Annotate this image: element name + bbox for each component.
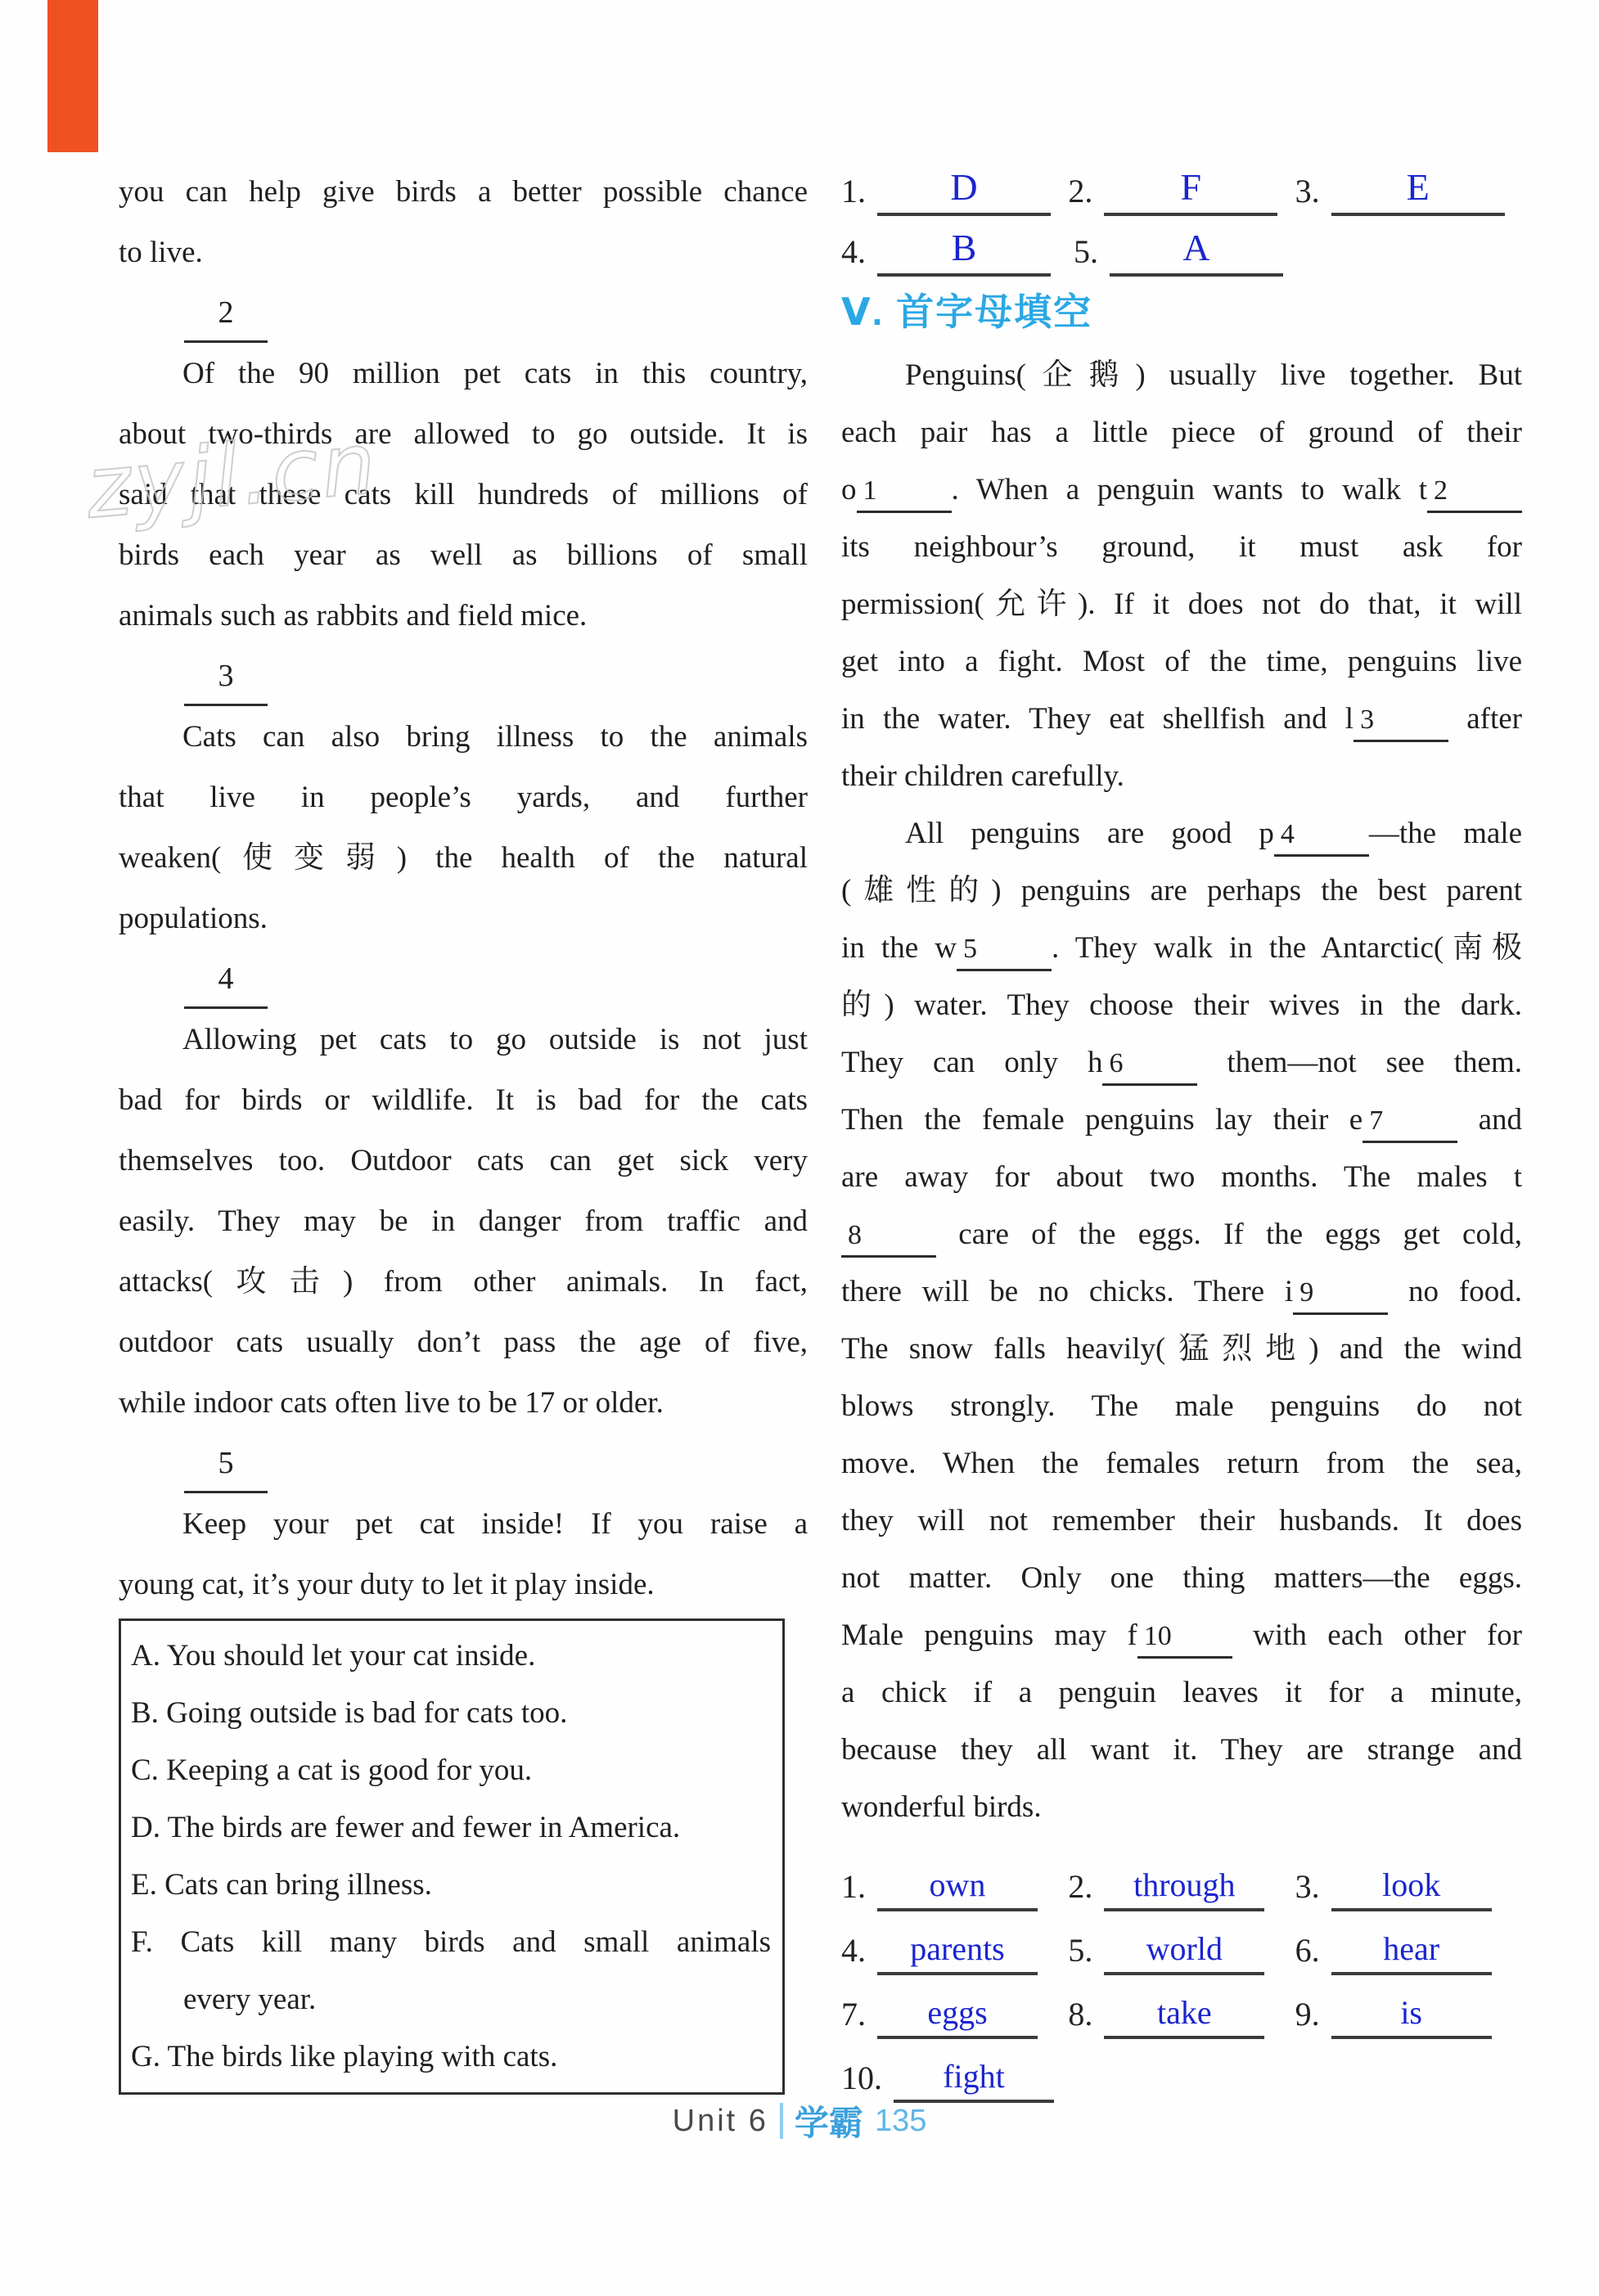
answer-cell: 4.B (841, 229, 1074, 277)
text-line: Of the 90 million pet cats in this count… (119, 344, 808, 404)
text-line: C. Keeping a cat is good for you. (131, 1742, 771, 1799)
paragraph-blank-line: 5 (119, 1434, 808, 1494)
text-line: young cat, it’s your duty to let it play… (119, 1555, 808, 1615)
text-line: Allowing pet cats to go outside is not j… (119, 1010, 808, 1070)
text-line: birds each year as well as billions of s… (119, 525, 808, 586)
fill-blank: 1 (857, 475, 952, 513)
page-footer: Unit 6 学霸 135 (0, 2096, 1599, 2145)
text-line: The snow falls heavily(猛烈地) and the wind (841, 1321, 1522, 1378)
answer-number: 2. (1068, 175, 1092, 216)
answer-number: 2. (1068, 1871, 1092, 1911)
fill-blank: 7 (1363, 1105, 1457, 1143)
fill-blank: 4 (1274, 819, 1369, 857)
text-line: you can help give birds a better possibl… (119, 162, 808, 223)
text-line: not matter. Only one thing matters—the e… (841, 1550, 1522, 1607)
right-column: 1.D2.F3.E4.B5.A Ⅴ. 首字母填空 Penguins(企鹅) us… (841, 155, 1522, 2103)
answer-cell: 1.D (841, 169, 1068, 216)
answer-underline: D (877, 169, 1051, 216)
answer-underline: A (1110, 229, 1283, 277)
answer-cell: 4.parents (841, 1933, 1068, 1975)
text-line: All penguins are good p4—the male (841, 805, 1522, 862)
text-line: Penguins(企鹅) usually live together. But (841, 347, 1522, 404)
text-line: they will not remember their husbands. I… (841, 1492, 1522, 1550)
answer-underline: look (1331, 1869, 1492, 1911)
text-line: every year. (131, 1971, 771, 2028)
text-line: outdoor cats usually don’t pass the age … (119, 1312, 808, 1373)
text-line: its neighbour’s ground, it must ask for (841, 519, 1522, 576)
text-line: D. The birds are fewer and fewer in Amer… (131, 1799, 771, 1857)
answer-text: B (952, 227, 977, 268)
bottom-answers: 1.own2.through3.look4.parents5.world6.he… (841, 1848, 1522, 2103)
text-line: 8 care of the eggs. If the eggs get cold… (841, 1206, 1522, 1263)
page-number: 135 (875, 2104, 926, 2139)
answer-text: world (1146, 1930, 1223, 1967)
answer-cell: 2.through (1068, 1869, 1295, 1911)
answer-text: D (950, 166, 977, 208)
text-line: attacks(攻击) from other animals. In fact, (119, 1252, 808, 1312)
answer-number: 3. (1295, 175, 1320, 216)
options-box-lines: A. You should let your cat inside.B. Goi… (131, 1627, 771, 2086)
answer-cell: 5.world (1068, 1933, 1295, 1975)
top-answers: 1.D2.F3.E4.B5.A (841, 155, 1522, 277)
text-line: while indoor cats often live to be 17 or… (119, 1373, 808, 1434)
answer-row: 1.D2.F3.E (841, 155, 1522, 216)
answer-number: 5. (1074, 236, 1098, 277)
answer-text: hear (1383, 1930, 1439, 1967)
text-line: Cats can also bring illness to the anima… (119, 707, 808, 768)
fill-blank: 8 (841, 1220, 936, 1258)
answer-underline: through (1104, 1869, 1264, 1911)
text-line: that live in people’s yards, and further (119, 768, 808, 828)
text-line: each pair has a little piece of ground o… (841, 404, 1522, 461)
answer-number: 5. (1068, 1934, 1092, 1975)
section-header: Ⅴ. 首字母填空 (841, 277, 1522, 347)
answer-underline: F (1104, 169, 1277, 216)
answer-cell: 7.eggs (841, 1997, 1068, 2039)
answer-number: 8. (1068, 1998, 1092, 2039)
answer-cell: 3.E (1295, 169, 1522, 216)
text-line: because they all want it. They are stran… (841, 1722, 1522, 1779)
scanned-page: zyjl.cn you can help give birds a better… (0, 0, 1599, 2296)
answer-text: take (1157, 1994, 1212, 2031)
paragraph-blank-line: 3 (119, 646, 808, 707)
text-line: G. The birds like playing with cats. (131, 2028, 771, 2086)
text-line: Then the female penguins lay their e7 an… (841, 1092, 1522, 1149)
answer-number: 3. (1295, 1871, 1320, 1911)
paragraph-blank-number: 5 (184, 1438, 268, 1493)
answer-cell: 6.hear (1295, 1933, 1522, 1975)
answer-text: own (930, 1866, 986, 1903)
paragraph-blank-line: 2 (119, 283, 808, 344)
fill-blank: 10 (1137, 1621, 1232, 1659)
left-column-text: you can help give birds a better possibl… (119, 162, 808, 1615)
answer-cell: 8.take (1068, 1997, 1295, 2039)
answer-number: 1. (841, 175, 866, 216)
left-column: you can help give birds a better possibl… (119, 162, 808, 2095)
passage-text: Penguins(企鹅) usually live together. Bute… (841, 347, 1522, 1836)
text-line: permission(允许). If it does not do that, … (841, 576, 1522, 633)
paragraph-blank-number: 2 (184, 288, 268, 343)
text-line: populations. (119, 889, 808, 949)
corner-marker (47, 0, 98, 152)
answer-text: look (1382, 1866, 1440, 1903)
text-line: about two-thirds are allowed to go outsi… (119, 404, 808, 465)
answer-number: 4. (841, 236, 866, 277)
answer-underline: world (1104, 1933, 1264, 1975)
text-line: blows strongly. The male penguins do not (841, 1378, 1522, 1435)
answer-cell: 3.look (1295, 1869, 1522, 1911)
text-line: B. Going outside is bad for cats too. (131, 1685, 771, 1742)
paragraph-blank-line: 4 (119, 949, 808, 1010)
answer-cell: 1.own (841, 1869, 1068, 1911)
text-line: E. Cats can bring illness. (131, 1857, 771, 1914)
answer-underline: own (877, 1869, 1038, 1911)
answer-cell: 9.is (1295, 1997, 1522, 2039)
text-line: easily. They may be in danger from traff… (119, 1191, 808, 1252)
text-line: 的) water. They choose their wives in the… (841, 977, 1522, 1034)
answer-text: A (1182, 227, 1209, 268)
answer-row: 4.parents5.world6.hear (841, 1911, 1522, 1975)
answer-underline: is (1331, 1997, 1492, 2039)
options-box: A. You should let your cat inside.B. Goi… (119, 1618, 785, 2095)
answer-cell: 2.F (1068, 169, 1295, 216)
answer-number: 4. (841, 1934, 866, 1975)
answer-number: 1. (841, 1871, 866, 1911)
paragraph-blank-number: 3 (184, 651, 268, 706)
text-line: F. Cats kill many birds and small animal… (131, 1914, 771, 1971)
text-line: there will be no chicks. There i9 no foo… (841, 1263, 1522, 1321)
text-line: in the w5. They walk in the Antarctic(南极 (841, 920, 1522, 977)
fill-blank: 6 (1102, 1048, 1197, 1086)
answer-text: fight (943, 2058, 1005, 2095)
answer-row: 1.own2.through3.look (841, 1848, 1522, 1911)
footer-divider (780, 2103, 783, 2139)
fill-blank: 9 (1293, 1277, 1388, 1315)
fill-blank: 2 (1427, 475, 1522, 513)
paragraph-blank-number: 4 (184, 954, 268, 1009)
answer-underline: E (1331, 169, 1505, 216)
text-line: wonderful birds. (841, 1779, 1522, 1836)
text-line: o1. When a penguin wants to walk t2 (841, 461, 1522, 519)
answer-row: 10.fight (841, 2039, 1522, 2103)
text-line: (雄性的) penguins are perhaps the best pare… (841, 862, 1522, 920)
text-line: are away for about two months. The males… (841, 1149, 1522, 1206)
answer-text: eggs (927, 1994, 987, 2031)
answer-number: 9. (1295, 1998, 1320, 2039)
text-line: animals such as rabbits and field mice. (119, 586, 808, 646)
answer-text: through (1133, 1866, 1235, 1903)
answer-text: F (1181, 166, 1202, 208)
text-line: Keep your pet cat inside! If you raise a (119, 1494, 808, 1555)
answer-row: 4.B5.A (841, 216, 1522, 277)
text-line: They can only h6 them—not see them. (841, 1034, 1522, 1092)
text-line: their children carefully. (841, 748, 1522, 805)
fill-blank: 3 (1354, 705, 1448, 742)
answer-row: 7.eggs8.take9.is (841, 1975, 1522, 2039)
text-line: to live. (119, 223, 808, 283)
text-line: a chick if a penguin leaves it for a min… (841, 1664, 1522, 1722)
text-line: Male penguins may f10 with each other fo… (841, 1607, 1522, 1664)
answer-underline: eggs (877, 1997, 1038, 2039)
answer-text: parents (910, 1930, 1005, 1967)
text-line: weaken(使变弱) the health of the natural (119, 828, 808, 889)
answer-underline: B (877, 229, 1051, 277)
text-line: said that these cats kill hundreds of mi… (119, 465, 808, 525)
text-line: move. When the females return from the s… (841, 1435, 1522, 1492)
text-line: get into a fight. Most of the time, peng… (841, 633, 1522, 691)
answer-text: E (1407, 166, 1430, 208)
answer-underline: parents (877, 1933, 1038, 1975)
answer-text: is (1400, 1994, 1422, 2031)
answer-underline: hear (1331, 1933, 1492, 1975)
answer-number: 7. (841, 1998, 866, 2039)
text-line: A. You should let your cat inside. (131, 1627, 771, 1685)
answer-cell: 5.A (1074, 229, 1306, 277)
text-line: bad for birds or wildlife. It is bad for… (119, 1070, 808, 1131)
fill-blank: 5 (957, 934, 1052, 971)
answer-number: 6. (1295, 1934, 1320, 1975)
brand-logo: 学霸 (795, 2096, 863, 2145)
unit-label: Unit 6 (673, 2104, 768, 2139)
text-line: in the water. They eat shellfish and l3 … (841, 691, 1522, 748)
answer-underline: take (1104, 1997, 1264, 2039)
text-line: themselves too. Outdoor cats can get sic… (119, 1131, 808, 1191)
